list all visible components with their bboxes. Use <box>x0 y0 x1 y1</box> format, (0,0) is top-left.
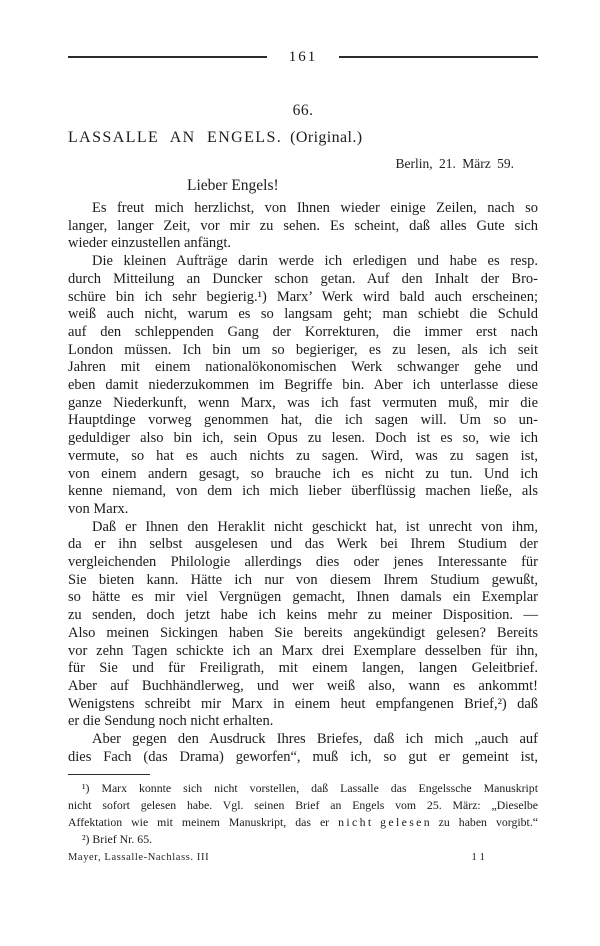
body-text-line: Es freut mich herzlichst, von Ihnen wied… <box>68 200 538 218</box>
letter-body: Es freut mich herzlichst, von Ihnen wied… <box>68 200 538 767</box>
header-rule-left <box>68 56 267 58</box>
page-footer: Mayer, Lassalle-Nachlass. III 11 <box>68 851 538 863</box>
footnote-line: ¹) Marx konnte sich nicht vorstellen, da… <box>68 780 538 797</box>
body-text-line: Die kleinen Aufträge darin werde ich erl… <box>68 253 538 271</box>
running-head: 161 <box>68 48 538 66</box>
body-text-line: vergleichenden Philologie allerdings die… <box>68 554 538 572</box>
salutation: Lieber Engels! <box>68 177 538 195</box>
footnote-line: ²) Brief Nr. 65. <box>68 831 538 848</box>
body-text-line: durch Mitteilung an Duncker schon getan.… <box>68 271 538 289</box>
letter-title-original-note: (Original.) <box>290 129 362 146</box>
footnote-line: Affektation wie mit meinem Manuskript, d… <box>68 814 538 831</box>
book-page: 161 66. LASSALLE AN ENGELS.(Original.) B… <box>0 0 600 946</box>
body-text-line: Daß er Ihnen den Heraklit nicht geschick… <box>68 519 538 537</box>
footnotes: ¹) Marx konnte sich nicht vorstellen, da… <box>68 780 538 848</box>
body-text-line: Sie bieten kann. Hätte ich nur von diese… <box>68 572 538 590</box>
body-text-line: Aber auf Buchhändlerweg, und wer weiß al… <box>68 678 538 696</box>
body-text-line: von einem andern gesagt, so brauche ich … <box>68 466 538 484</box>
body-text-line: wieder einzustellen anfängt. <box>68 235 538 253</box>
footnote-separator-rule <box>68 774 150 775</box>
sheet-number: 11 <box>471 851 538 863</box>
page-number: 161 <box>267 49 340 66</box>
body-text-line: Also meinen Sickingen haben Sie bereits … <box>68 625 538 643</box>
footer-signature: Mayer, Lassalle-Nachlass. III <box>68 852 209 863</box>
body-text-line: zu senden, doch jetzt habe ich keins meh… <box>68 607 538 625</box>
letter-title: LASSALLE AN ENGELS.(Original.) <box>68 129 538 147</box>
body-text-line: Hauptdinge vorweg genommen hat, die ich … <box>68 412 538 430</box>
body-text-line: für Sie und für Freiligrath, mit einem l… <box>68 660 538 678</box>
body-text-line: er die Sendung noch nicht erhalten. <box>68 713 538 731</box>
body-text-line: ganze Niederkunft, wenn Marx, was ich fa… <box>68 395 538 413</box>
body-text-line: Aber gegen den Ausdruck Ihres Briefes, d… <box>68 731 538 749</box>
dateline: Berlin, 21. März 59. <box>68 156 538 172</box>
body-text-line: da er ihn selbst ausgelesen und das Werk… <box>68 536 538 554</box>
body-text-line: Jahren mit einem nationalökonomischen We… <box>68 359 538 377</box>
body-text-line: London müssen. Ich bin um so begieriger,… <box>68 342 538 360</box>
body-text-line: so hätte es mir viel Vergnügen gemacht, … <box>68 589 538 607</box>
header-rule-right <box>339 56 538 58</box>
body-text-line: weiß auch nicht, warum es so langsam geh… <box>68 306 538 324</box>
body-text-line: vermute, so hat es auch nichts zu sagen.… <box>68 448 538 466</box>
body-text-line: Wenigstens schreibt mir Marx in einem he… <box>68 696 538 714</box>
body-text-line: eben damit niederzukommen im Begriffe bi… <box>68 377 538 395</box>
body-text-line: von Marx. <box>68 501 538 519</box>
body-text-line: vor zehn Tagen schickte ich an Marx drei… <box>68 643 538 661</box>
body-text-line: dies Fach (das Drama) geworfen“, muß ich… <box>68 749 538 767</box>
letter-number: 66. <box>68 102 538 120</box>
body-text-line: kenne niemand, von dem ich mich lieber ü… <box>68 483 538 501</box>
body-text-line: auf den schleppenden Gang der Korrekture… <box>68 324 538 342</box>
body-text-line: langer, langer Zeit, vor mir zu sehen. E… <box>68 218 538 236</box>
letter-title-text: LASSALLE AN ENGELS. <box>68 129 282 146</box>
body-text-line: geduldiger also bin ich, sein Opus zu le… <box>68 430 538 448</box>
footnote-line: nicht sofort gelesen habe. Vgl. seinen B… <box>68 797 538 814</box>
body-text-line: schüre bin ich sehr begierig.¹) Marx’ We… <box>68 289 538 307</box>
